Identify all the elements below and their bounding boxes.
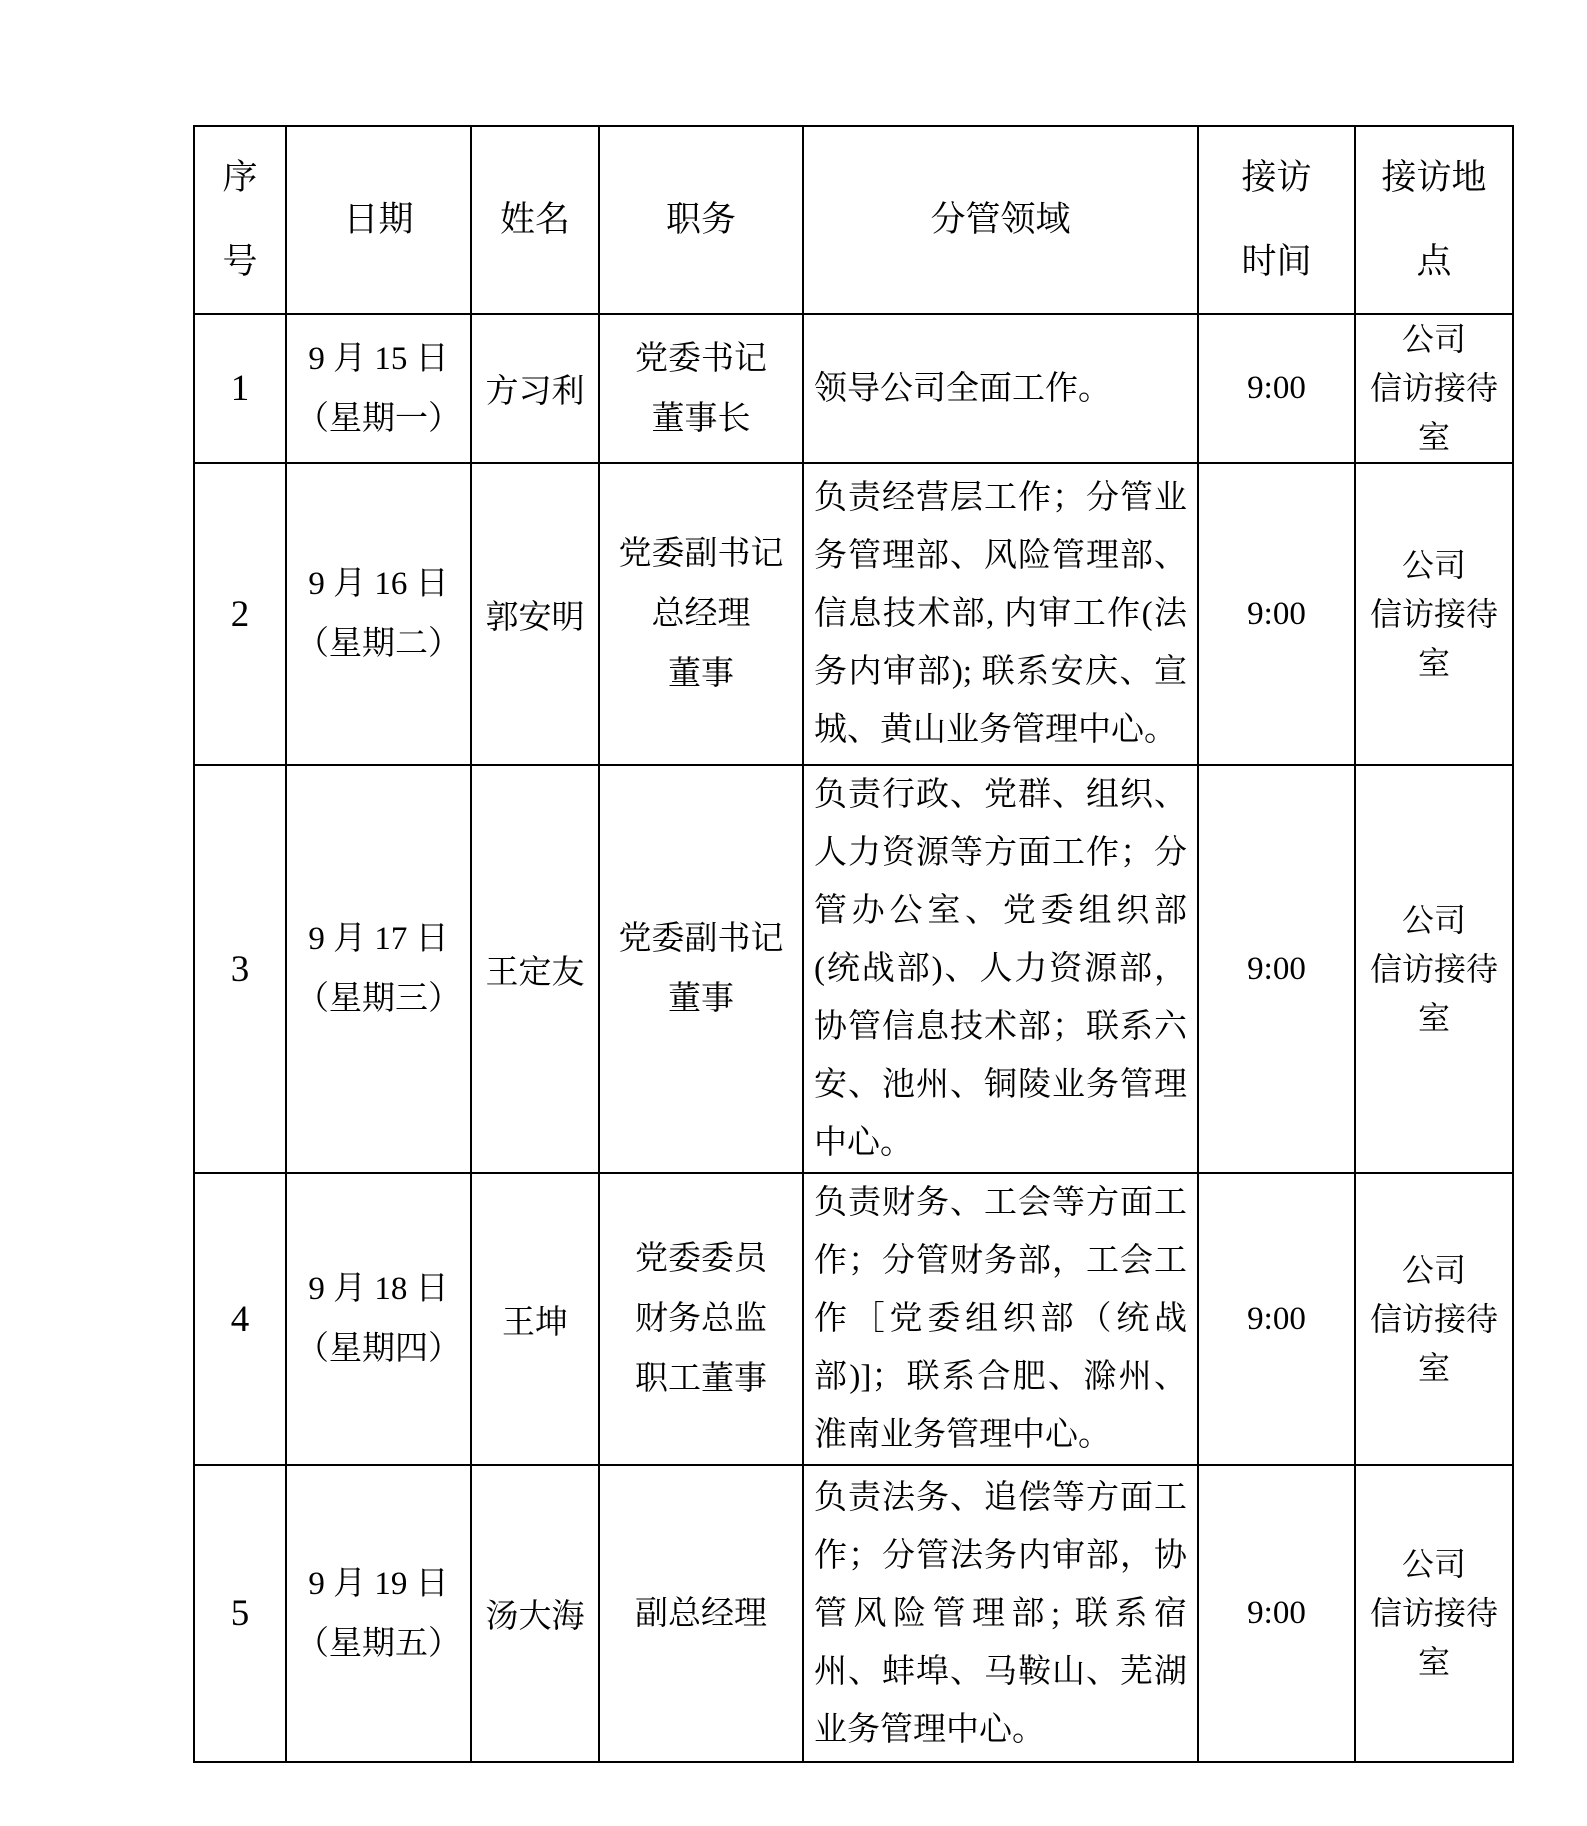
area-text: 负责财务、工会等方面工作；分管财务部，工会工作［党委组织部（统战部)]；联系合肥… xyxy=(814,1174,1187,1464)
col-header-name-label: 姓名 xyxy=(472,178,598,262)
location-line1: 公司 xyxy=(1356,541,1512,590)
col-header-location-line1: 接访地 xyxy=(1356,136,1512,220)
area-text: 负责法务、追偿等方面工作；分管法务内审部，协管风险管理部; 联系宿州、蚌埠、马鞍… xyxy=(814,1469,1187,1759)
cell-title: 党委副书记 总经理 董事 xyxy=(599,463,803,765)
table-row-1: 1 9 月 15 日 （星期一） 方习利 党委书记 董事长 领导公司全面工作。 … xyxy=(194,314,1513,463)
col-header-time-line1: 接访 xyxy=(1199,136,1354,220)
cell-title: 副总经理 xyxy=(599,1465,803,1762)
col-header-area-label: 分管领域 xyxy=(804,178,1197,262)
cell-index: 3 xyxy=(194,765,286,1173)
cell-name: 汤大海 xyxy=(471,1465,599,1762)
cell-date: 9 月 18 日 （星期四） xyxy=(286,1173,471,1465)
date-line1: 9 月 19 日 xyxy=(287,1554,470,1614)
cell-location: 公司 信访接待 室 xyxy=(1355,463,1513,765)
cell-name: 方习利 xyxy=(471,314,599,463)
cell-date: 9 月 17 日 （星期三） xyxy=(286,765,471,1173)
col-header-title-label: 职务 xyxy=(600,178,802,262)
cell-time: 9:00 xyxy=(1198,1465,1355,1762)
cell-time: 9:00 xyxy=(1198,314,1355,463)
document-page: 序 号 日期 姓名 职务 分管领域 接访 时间 xyxy=(0,0,1587,1826)
date-line2: （星期二） xyxy=(287,614,470,674)
location-line3: 室 xyxy=(1356,1344,1512,1393)
cell-date: 9 月 19 日 （星期五） xyxy=(286,1465,471,1762)
location-line2: 信访接待 xyxy=(1356,364,1512,413)
reception-schedule-table: 序 号 日期 姓名 职务 分管领域 接访 时间 xyxy=(193,125,1514,1763)
cell-index: 4 xyxy=(194,1173,286,1465)
location-line2: 信访接待 xyxy=(1356,945,1512,994)
title-line1: 党委副书记 xyxy=(600,909,802,969)
title-line3: 董事 xyxy=(600,644,802,704)
cell-name: 王坤 xyxy=(471,1173,599,1465)
title-line1: 党委委员 xyxy=(600,1229,802,1289)
cell-time: 9:00 xyxy=(1198,1173,1355,1465)
cell-location: 公司 信访接待 室 xyxy=(1355,1173,1513,1465)
title-line2: 总经理 xyxy=(600,584,802,644)
cell-title: 党委书记 董事长 xyxy=(599,314,803,463)
location-line2: 信访接待 xyxy=(1356,1589,1512,1638)
date-line1: 9 月 17 日 xyxy=(287,909,470,969)
col-header-index-line2: 号 xyxy=(195,220,285,304)
col-header-date-label: 日期 xyxy=(287,178,470,262)
table-row-3: 3 9 月 17 日 （星期三） 王定友 党委副书记 董事 负责行政、党群、组织… xyxy=(194,765,1513,1173)
cell-location: 公司 信访接待 室 xyxy=(1355,1465,1513,1762)
header-row: 序 号 日期 姓名 职务 分管领域 接访 时间 xyxy=(194,126,1513,314)
location-line1: 公司 xyxy=(1356,896,1512,945)
cell-area: 负责经营层工作；分管业务管理部、风险管理部、信息技术部, 内审工作(法务内审部)… xyxy=(803,463,1198,765)
date-line2: （星期五） xyxy=(287,1614,470,1674)
location-line3: 室 xyxy=(1356,1638,1512,1687)
location-line3: 室 xyxy=(1356,413,1512,462)
date-line2: （星期三） xyxy=(287,969,470,1029)
location-line1: 公司 xyxy=(1356,1246,1512,1295)
location-line2: 信访接待 xyxy=(1356,1295,1512,1344)
date-line1: 9 月 16 日 xyxy=(287,554,470,614)
title-line2: 董事长 xyxy=(600,389,802,449)
cell-name: 郭安明 xyxy=(471,463,599,765)
cell-index: 1 xyxy=(194,314,286,463)
date-line2: （星期四） xyxy=(287,1319,470,1379)
col-header-name: 姓名 xyxy=(471,126,599,314)
col-header-location: 接访地 点 xyxy=(1355,126,1513,314)
date-line1: 9 月 18 日 xyxy=(287,1259,470,1319)
cell-time: 9:00 xyxy=(1198,463,1355,765)
area-text: 负责行政、党群、组织、人力资源等方面工作；分管办公室、党委组织部(统战部)、人力… xyxy=(814,766,1187,1172)
cell-index: 5 xyxy=(194,1465,286,1762)
col-header-date: 日期 xyxy=(286,126,471,314)
cell-date: 9 月 15 日 （星期一） xyxy=(286,314,471,463)
location-line1: 公司 xyxy=(1356,1540,1512,1589)
cell-time: 9:00 xyxy=(1198,765,1355,1173)
cell-title: 党委副书记 董事 xyxy=(599,765,803,1173)
area-text: 领导公司全面工作。 xyxy=(814,360,1187,418)
title-line1: 党委副书记 xyxy=(600,524,802,584)
table-row-2: 2 9 月 16 日 （星期二） 郭安明 党委副书记 总经理 董事 负责经营层工… xyxy=(194,463,1513,765)
date-line1: 9 月 15 日 xyxy=(287,329,470,389)
cell-index: 2 xyxy=(194,463,286,765)
col-header-time-line2: 时间 xyxy=(1199,220,1354,304)
location-line3: 室 xyxy=(1356,994,1512,1043)
cell-date: 9 月 16 日 （星期二） xyxy=(286,463,471,765)
col-header-index: 序 号 xyxy=(194,126,286,314)
cell-area: 负责法务、追偿等方面工作；分管法务内审部，协管风险管理部; 联系宿州、蚌埠、马鞍… xyxy=(803,1465,1198,1762)
title-line2: 董事 xyxy=(600,969,802,1029)
area-text: 负责经营层工作；分管业务管理部、风险管理部、信息技术部, 内审工作(法务内审部)… xyxy=(814,469,1187,759)
cell-name: 王定友 xyxy=(471,765,599,1173)
cell-area: 负责财务、工会等方面工作；分管财务部，工会工作［党委组织部（统战部)]；联系合肥… xyxy=(803,1173,1198,1465)
location-line1: 公司 xyxy=(1356,315,1512,364)
cell-location: 公司 信访接待 室 xyxy=(1355,765,1513,1173)
title-line3: 职工董事 xyxy=(600,1349,802,1409)
cell-title: 党委委员 财务总监 职工董事 xyxy=(599,1173,803,1465)
title-line1: 副总经理 xyxy=(600,1584,802,1644)
cell-location: 公司 信访接待 室 xyxy=(1355,314,1513,463)
title-line2: 财务总监 xyxy=(600,1289,802,1349)
cell-area: 负责行政、党群、组织、人力资源等方面工作；分管办公室、党委组织部(统战部)、人力… xyxy=(803,765,1198,1173)
table-row-4: 4 9 月 18 日 （星期四） 王坤 党委委员 财务总监 职工董事 负责财务、… xyxy=(194,1173,1513,1465)
col-header-location-line2: 点 xyxy=(1356,220,1512,304)
title-line1: 党委书记 xyxy=(600,329,802,389)
location-line3: 室 xyxy=(1356,639,1512,688)
location-line2: 信访接待 xyxy=(1356,590,1512,639)
table-row-5: 5 9 月 19 日 （星期五） 汤大海 副总经理 负责法务、追偿等方面工作；分… xyxy=(194,1465,1513,1762)
col-header-index-line1: 序 xyxy=(195,136,285,220)
col-header-title: 职务 xyxy=(599,126,803,314)
date-line2: （星期一） xyxy=(287,389,470,449)
col-header-area: 分管领域 xyxy=(803,126,1198,314)
col-header-time: 接访 时间 xyxy=(1198,126,1355,314)
cell-area: 领导公司全面工作。 xyxy=(803,314,1198,463)
